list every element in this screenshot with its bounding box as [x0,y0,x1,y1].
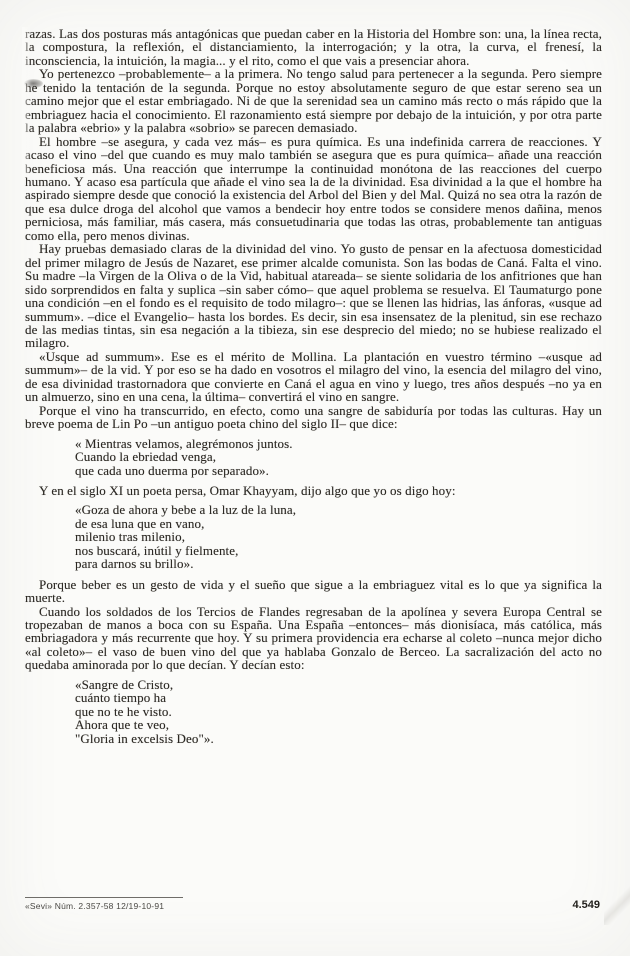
paragraph-usque-ad-summum: «Usque ad summum». Ese es el mérito de M… [25,350,602,404]
scan-streak-artifact [604,885,630,925]
paragraph-tercios-de-flandes: Cuando los soldados de los Tercios de Fl… [25,605,602,672]
paragraph-yo-pertenezco: Yo pertenezco –probablemente– a la prime… [25,67,602,134]
paragraph-hay-pruebas: Hay pruebas demasiado claras de la divin… [25,242,602,350]
paragraph-porque-el-vino: Porque el vino ha transcurrido, en efect… [25,404,602,431]
footer-rule [25,897,183,898]
poem-omar-khayyam: «Goza de ahora y bebe a la luz de la lun… [75,503,602,570]
document-page: razas. Las dos posturas más antagónicas … [0,0,630,956]
paragraph-el-hombre: El hombre –se asegura, y cada vez más– e… [25,135,602,243]
imprint-text: «Sevi» Núm. 2.357-58 12/19-10-91 [25,901,164,911]
paragraph-siglo-xi: Y en el siglo XI un poeta persa, Omar Kh… [25,484,602,497]
paragraph-razas: razas. Las dos posturas más antagónicas … [25,27,602,67]
page-number: 4.549 [572,899,600,911]
paragraph-porque-beber: Porque beber es un gesto de vida y el su… [25,578,602,605]
poem-sangre-de-cristo: «Sangre de Cristo, cuánto tiempo ha que … [75,678,602,745]
body-text: razas. Las dos posturas más antagónicas … [25,27,602,752]
poem-lin-po: « Mientras velamos, alegrémonos juntos. … [75,437,602,477]
